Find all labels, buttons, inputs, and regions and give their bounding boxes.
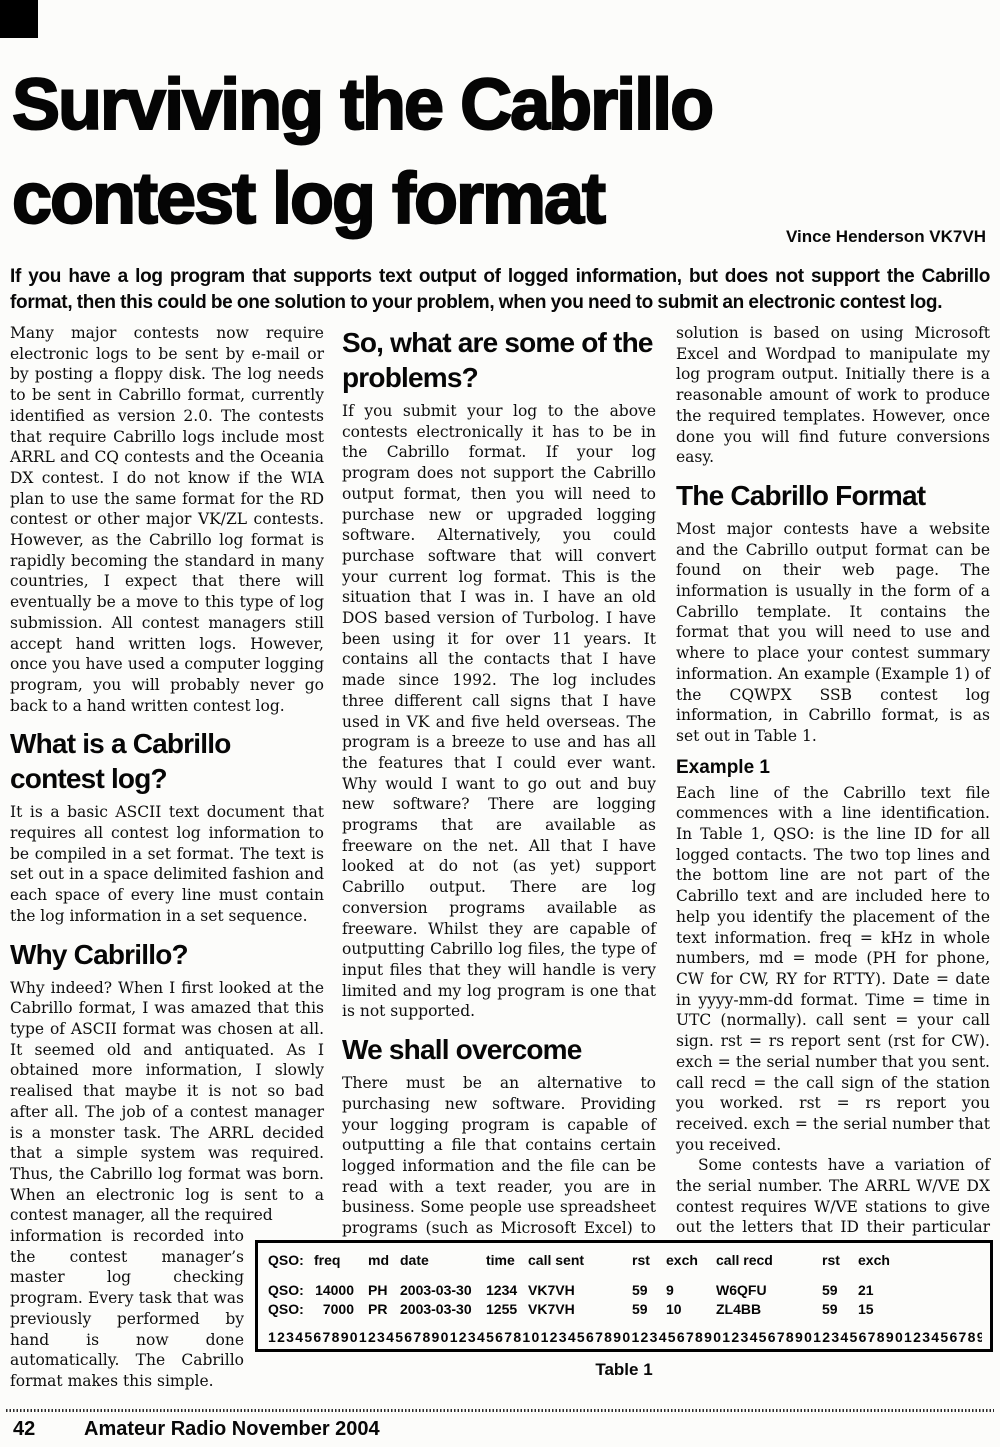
row1-exch-sent: 9: [666, 1281, 716, 1300]
header-freq: freq: [312, 1251, 354, 1270]
header-exch-recd: exch: [858, 1251, 982, 1270]
row1-call-recd: W6QFU: [716, 1281, 822, 1300]
row2-date: 2003-03-30: [400, 1300, 486, 1319]
section-heading-so-what-are-some-of-the-problems: So, what are some of the problems?: [342, 325, 656, 395]
header-rst-sent: rst: [632, 1251, 666, 1270]
log-table-header-row: QSO: freq md date time call sent rst exc…: [268, 1251, 982, 1270]
col1-paragraph-1: Many major contests now require electron…: [10, 323, 324, 716]
col3-paragraph-0: solution is based on using Microsoft Exc…: [676, 323, 990, 468]
row2-rst-sent: 59: [632, 1300, 666, 1319]
column-1: Many major contests now require electron…: [10, 323, 324, 1392]
footer-rule: [6, 1409, 994, 1412]
row2-call-sent: VK7VH: [528, 1300, 632, 1319]
row2-rst-recd: 59: [822, 1300, 858, 1319]
section-heading-what-is-a-cabrillo-contest-log: What is a Cabrillo contest log?: [10, 726, 324, 796]
col3-paragraph-2: Each line of the Cabrillo text file comm…: [676, 783, 990, 1156]
row1-freq: 14000: [312, 1281, 354, 1300]
log-table-row-2: QSO: 7000 PR 2003-03-30 1255 VK7VH 59 10…: [268, 1300, 982, 1319]
registration-mark: [0, 0, 38, 38]
header-qso: QSO:: [268, 1251, 312, 1270]
row2-freq: 7000: [312, 1300, 354, 1319]
article-title: Surviving the Cabrillocontest log format: [12, 58, 972, 246]
header-rst-recd: rst: [822, 1251, 858, 1270]
col2-paragraph-1: If you submit your log to the above cont…: [342, 401, 656, 1022]
header-time: time: [486, 1251, 528, 1270]
header-date: date: [400, 1251, 486, 1270]
section-heading-we-shall-overcome: We shall overcome: [342, 1032, 656, 1067]
header-md: md: [354, 1251, 400, 1270]
row2-exch-sent: 10: [666, 1300, 716, 1319]
row2-md: PR: [354, 1300, 400, 1319]
publication-name: Amateur Radio November 2004: [84, 1418, 380, 1441]
column-2: So, what are some of the problems? If yo…: [342, 323, 656, 1259]
byline: Vince Henderson VK7VH: [786, 227, 986, 247]
row1-rst-recd: 59: [822, 1281, 858, 1300]
section-heading-why-cabrillo: Why Cabrillo?: [10, 937, 324, 972]
row1-exch-recd: 21: [858, 1281, 982, 1300]
col2-paragraph-2: There must be an alternative to purchasi…: [342, 1073, 656, 1259]
row1-qso: QSO:: [268, 1281, 312, 1300]
col1-paragraph-3-full: Why indeed? When I first looked at the C…: [10, 978, 324, 1226]
row2-exch-recd: 15: [858, 1300, 982, 1319]
row1-date: 2003-03-30: [400, 1281, 486, 1300]
col1-paragraph-2: It is a basic ASCII text document that r…: [10, 802, 324, 926]
header-call-recd: call recd: [716, 1251, 822, 1270]
row1-rst-sent: 59: [632, 1281, 666, 1300]
row2-call-recd: ZL4BB: [716, 1300, 822, 1319]
subheading-example-1: Example 1: [676, 756, 990, 780]
page-number: 42: [13, 1418, 35, 1441]
header-call-sent: call sent: [528, 1251, 632, 1270]
row1-md: PH: [354, 1281, 400, 1300]
article-title-line2: contest log format: [12, 159, 604, 239]
table-caption: Table 1: [255, 1360, 993, 1380]
col3-paragraph-1: Most major contests have a website and t…: [676, 519, 990, 747]
header-exch-sent: exch: [666, 1251, 716, 1270]
col1-paragraph-3-narrow: information is recorded into the contest…: [10, 1226, 244, 1392]
magazine-page: Surviving the Cabrillocontest log format…: [0, 0, 1000, 1447]
row1-time: 1234: [486, 1281, 528, 1300]
cabrillo-log-table: QSO: freq md date time call sent rst exc…: [255, 1240, 993, 1352]
section-heading-the-cabrillo-format: The Cabrillo Format: [676, 478, 990, 513]
column-3: solution is based on using Microsoft Exc…: [676, 323, 990, 1259]
row2-time: 1255: [486, 1300, 528, 1319]
log-table-row-1: QSO: 14000 PH 2003-03-30 1234 VK7VH 59 9…: [268, 1281, 982, 1300]
row2-qso: QSO:: [268, 1300, 312, 1319]
standfirst: If you have a log program that supports …: [10, 264, 990, 316]
article-title-line1: Surviving the Cabrillo: [12, 65, 712, 145]
column-position-ruler: 1234567890123456789012345678101234567890…: [268, 1328, 982, 1346]
row1-call-sent: VK7VH: [528, 1281, 632, 1300]
